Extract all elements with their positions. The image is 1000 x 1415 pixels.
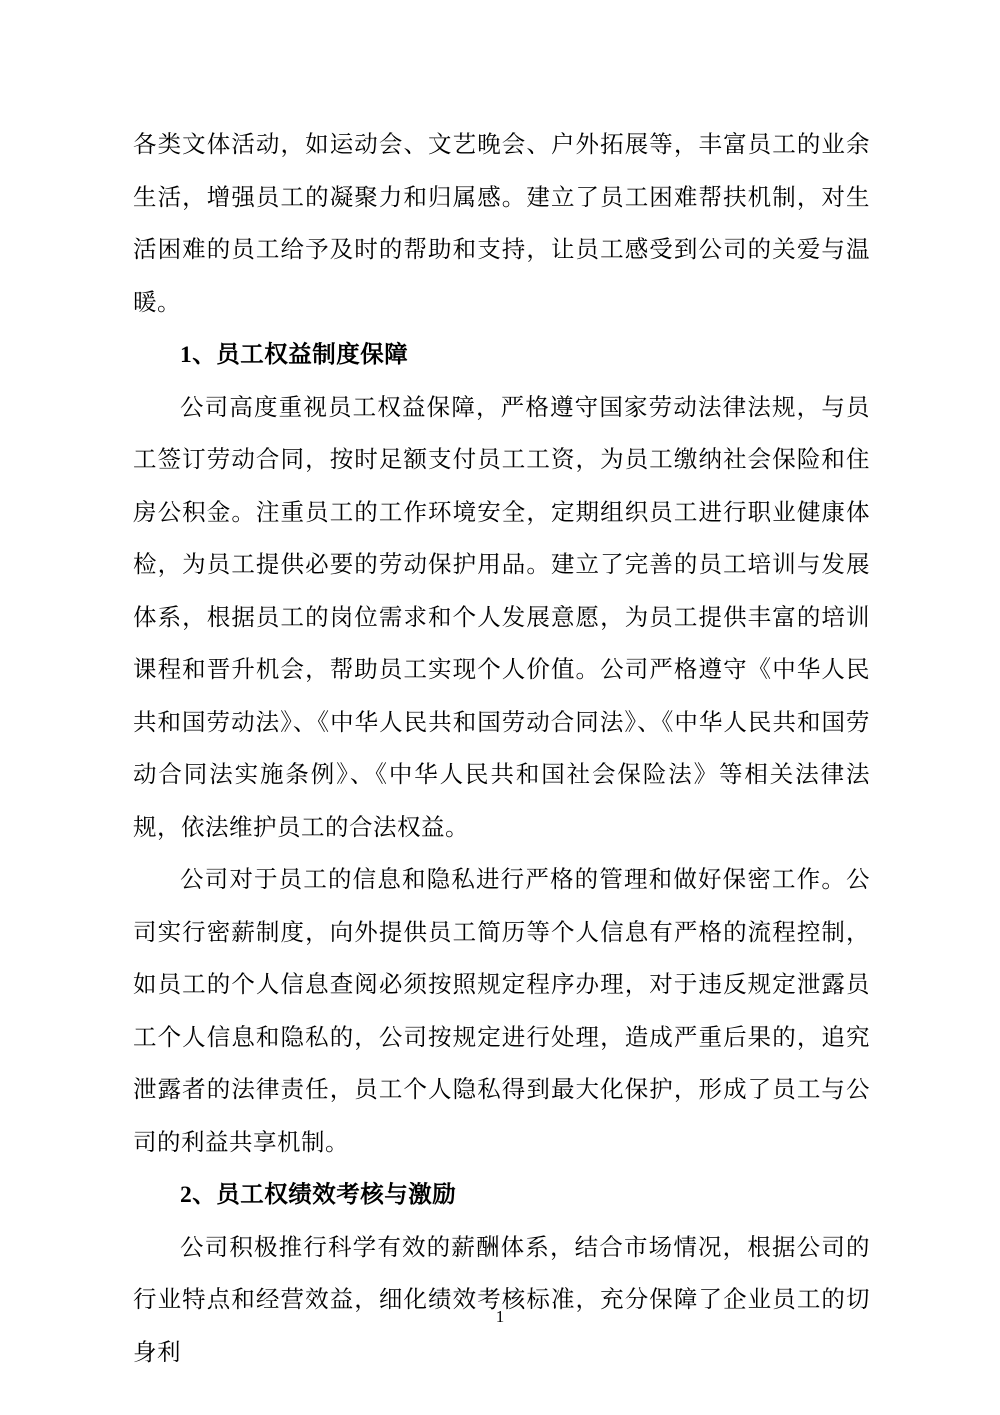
- paragraph-rights-protection: 公司高度重视员工权益保障，严格遵守国家劳动法律法规，与员工签订劳动合同，按时足额…: [133, 382, 870, 855]
- page-number-footer: 1: [0, 1303, 1000, 1331]
- paragraph-privacy-protection: 公司对于员工的信息和隐私进行严格的管理和做好保密工作。公司实行密薪制度，向外提供…: [133, 854, 870, 1169]
- text-body: 各类文体活动，如运动会、文艺晚会、户外拓展等，丰富员工的业余生活，增强员工的凝聚…: [133, 119, 870, 1379]
- document-page: 各类文体活动，如运动会、文艺晚会、户外拓展等，丰富员工的业余生活，增强员工的凝聚…: [0, 0, 1000, 1415]
- section-heading-2-performance-incentive: 2、员工权绩效考核与激励: [133, 1169, 870, 1222]
- paragraph-employee-activities: 各类文体活动，如运动会、文艺晚会、户外拓展等，丰富员工的业余生活，增强员工的凝聚…: [133, 119, 870, 329]
- paragraph-performance-incentive: 公司积极推行科学有效的薪酬体系，结合市场情况，根据公司的行业特点和经营效益，细化…: [133, 1222, 870, 1380]
- section-heading-1-rights-protection: 1、员工权益制度保障: [133, 329, 870, 382]
